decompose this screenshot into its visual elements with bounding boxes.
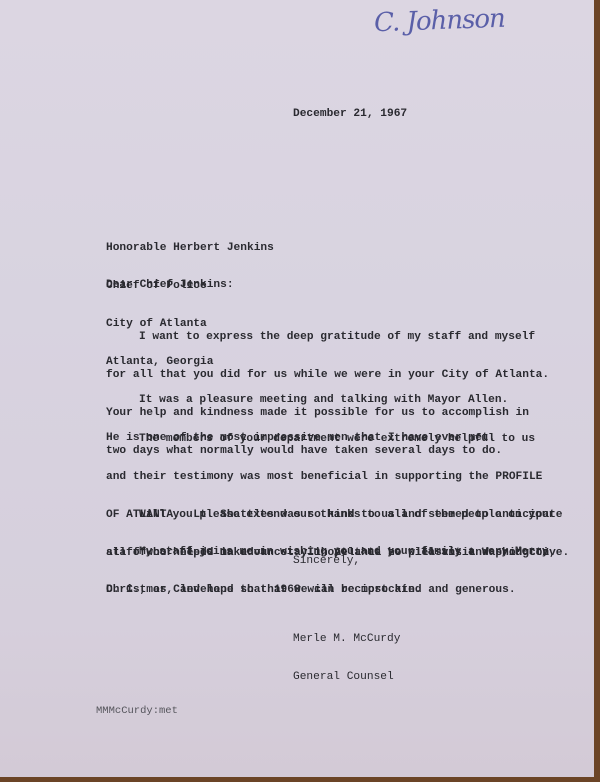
letter-page: C. Johnson December 21, 1967 Honorable H… <box>0 0 594 777</box>
paragraph-5: My staff joins me in wishing you and you… <box>106 521 549 622</box>
handwritten-signature: C. Johnson <box>374 4 506 39</box>
paragraph-line: I want to express the deep gratitude of … <box>106 331 549 344</box>
letter-date: December 21, 1967 <box>293 108 407 121</box>
salutation: Dear Chief Jenkins: <box>106 279 234 292</box>
closing: Sincerely, <box>293 555 360 568</box>
recipient-line: Honorable Herbert Jenkins <box>106 242 274 255</box>
paragraph-line: It was a pleasure meeting and talking wi… <box>106 394 508 407</box>
signer-title: General Counsel <box>293 671 400 684</box>
paragraph-line: and their testimony was most beneficial … <box>106 471 563 484</box>
paragraph-line: The members of your department were extr… <box>106 433 563 446</box>
paragraph-line: Christmas, and hope that 1968 will be mo… <box>106 584 549 597</box>
signer-name: Merle M. McCurdy <box>293 633 400 646</box>
signature-block: Merle M. McCurdy General Counsel <box>293 608 400 709</box>
paragraph-line: Will you please extend our thanks to all… <box>106 509 569 522</box>
reference-initials: MMMcCurdy:met <box>96 705 178 718</box>
